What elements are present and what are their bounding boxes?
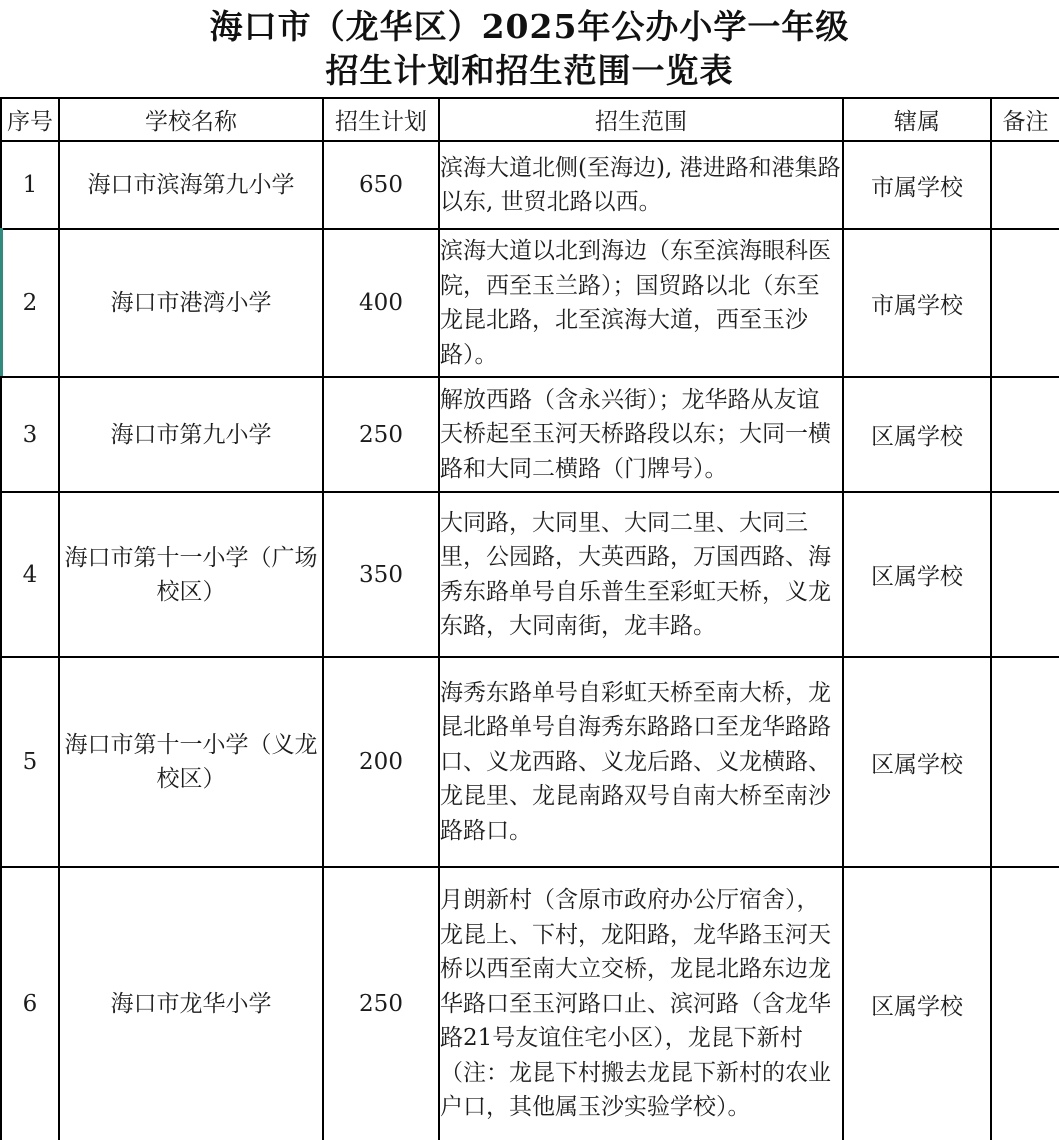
jurisdiction: 区属学校 — [843, 867, 991, 1140]
document-title: 海口市（龙华区）2025年公办小学一年级 招生计划和招生范围一览表 — [0, 0, 1059, 97]
header-serial-number: 序号 — [1, 98, 59, 141]
serial-number: 5 — [1, 657, 59, 867]
serial-number: 2 — [1, 229, 59, 377]
table-row: 6 海口市龙华小学 250 月朗新村（含原市政府办公厅宿舍），龙昆上、下村，龙阳… — [1, 867, 1059, 1140]
remarks — [991, 229, 1059, 377]
teal-selection-artifact — [0, 228, 3, 376]
header-enrollment-plan: 招生计划 — [323, 98, 439, 141]
serial-number: 1 — [1, 141, 59, 229]
table-row: 5 海口市第十一小学（义龙校区） 200 海秀东路单号自彩虹天桥至南大桥，龙昆北… — [1, 657, 1059, 867]
enrollment-plan: 250 — [323, 377, 439, 492]
jurisdiction: 区属学校 — [843, 492, 991, 657]
remarks — [991, 657, 1059, 867]
document-page: { "title": { "line1": "海口市（龙华区）2025年公办小学… — [0, 0, 1059, 1140]
table-header-row: 序号 学校名称 招生计划 招生范围 辖属 备注 — [1, 98, 1059, 141]
title-line-2: 招生计划和招生范围一览表 — [326, 49, 734, 93]
remarks — [991, 492, 1059, 657]
jurisdiction: 市属学校 — [843, 141, 991, 229]
enrollment-range: 月朗新村（含原市政府办公厅宿舍），龙昆上、下村，龙阳路，龙华路玉河天桥以西至南大… — [439, 867, 843, 1140]
school-name: 海口市第九小学 — [59, 377, 323, 492]
school-name: 海口市第十一小学（义龙校区） — [59, 657, 323, 867]
enrollment-plan: 200 — [323, 657, 439, 867]
enrollment-plan: 650 — [323, 141, 439, 229]
enrollment-range: 大同路，大同里、大同二里、大同三里，公园路，大英西路，万国西路、海秀东路单号自乐… — [439, 492, 843, 657]
serial-number: 3 — [1, 377, 59, 492]
jurisdiction: 区属学校 — [843, 377, 991, 492]
enrollment-range: 滨海大道以北到海边（东至滨海眼科医院，西至玉兰路）；国贸路以北（东至龙昆北路，北… — [439, 229, 843, 377]
school-name: 海口市滨海第九小学 — [59, 141, 323, 229]
remarks — [991, 141, 1059, 229]
serial-number: 6 — [1, 867, 59, 1140]
school-name: 海口市龙华小学 — [59, 867, 323, 1140]
enrollment-range: 海秀东路单号自彩虹天桥至南大桥，龙昆北路单号自海秀东路路口至龙华路路口、义龙西路… — [439, 657, 843, 867]
enrollment-table: 序号 学校名称 招生计划 招生范围 辖属 备注 1 海口市滨海第九小学 650 … — [0, 97, 1059, 1140]
school-name: 海口市第十一小学（广场校区） — [59, 492, 323, 657]
jurisdiction: 市属学校 — [843, 229, 991, 377]
remarks — [991, 867, 1059, 1140]
serial-number: 4 — [1, 492, 59, 657]
remarks — [991, 377, 1059, 492]
table-row: 1 海口市滨海第九小学 650 滨海大道北侧(至海边), 港进路和港集路以东, … — [1, 141, 1059, 229]
school-name: 海口市港湾小学 — [59, 229, 323, 377]
jurisdiction: 区属学校 — [843, 657, 991, 867]
enrollment-plan: 400 — [323, 229, 439, 377]
enrollment-plan: 350 — [323, 492, 439, 657]
header-enrollment-range: 招生范围 — [439, 98, 843, 141]
title-line-1: 海口市（龙华区）2025年公办小学一年级 — [210, 5, 850, 49]
enrollment-range: 解放西路（含永兴街）；龙华路从友谊天桥起至玉河天桥路段以东；大同一横路和大同二横… — [439, 377, 843, 492]
table-row: 3 海口市第九小学 250 解放西路（含永兴街）；龙华路从友谊天桥起至玉河天桥路… — [1, 377, 1059, 492]
header-remarks: 备注 — [991, 98, 1059, 141]
table-row: 2 海口市港湾小学 400 滨海大道以北到海边（东至滨海眼科医院，西至玉兰路）；… — [1, 229, 1059, 377]
enrollment-range: 滨海大道北侧(至海边), 港进路和港集路以东, 世贸北路以西。 — [439, 141, 843, 229]
table-row: 4 海口市第十一小学（广场校区） 350 大同路，大同里、大同二里、大同三里，公… — [1, 492, 1059, 657]
enrollment-plan: 250 — [323, 867, 439, 1140]
header-school-name: 学校名称 — [59, 98, 323, 141]
header-jurisdiction: 辖属 — [843, 98, 991, 141]
